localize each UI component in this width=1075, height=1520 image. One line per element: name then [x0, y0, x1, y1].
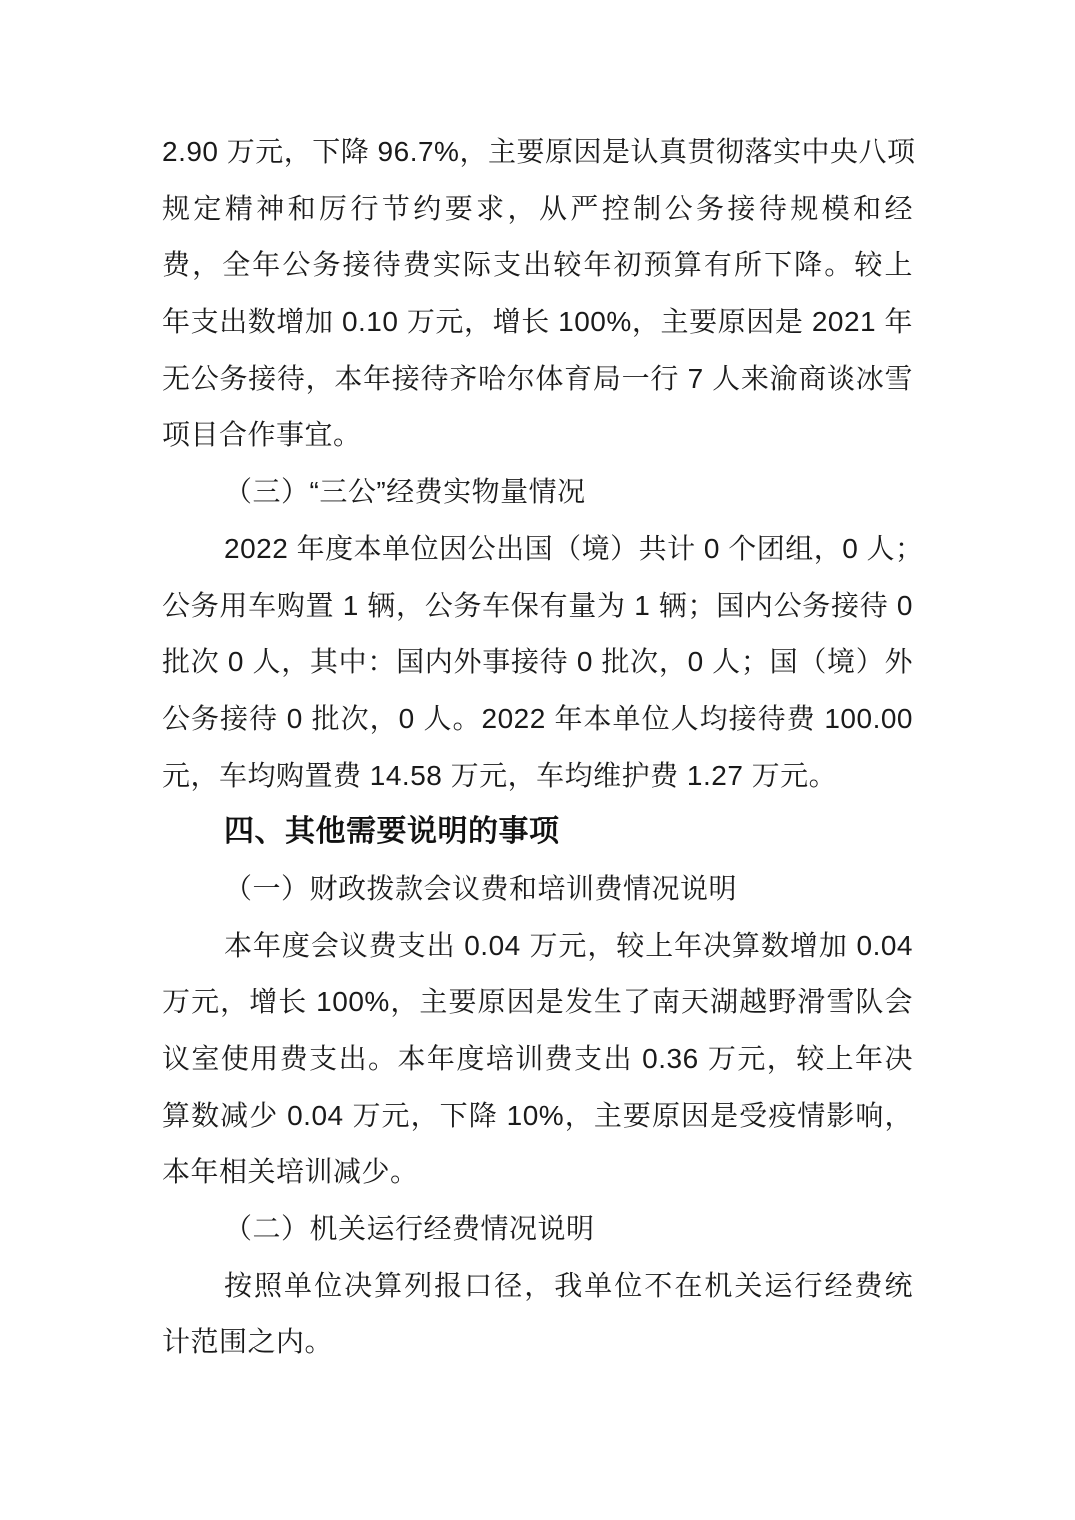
subheading-agency-operating-expense-note: （二）机关运行经费情况说明 — [162, 1201, 913, 1258]
text-line: 万元，增长 100%，主要原因是发生了南天湖越野滑雪队会 — [162, 974, 913, 1031]
text-line: 本年度会议费支出 0.04 万元，较上年决算数增加 0.04 — [162, 918, 913, 975]
text-line: 本年相关培训减少。 — [162, 1144, 913, 1201]
text-line: 公务用车购置 1 辆，公务车保有量为 1 辆；国内公务接待 0 — [162, 578, 913, 635]
text-line: 无公务接待，本年接待齐哈尔体育局一行 7 人来渝商谈冰雪 — [162, 351, 913, 408]
text-line: 算数减少 0.04 万元，下降 10%，主要原因是受疫情影响， — [162, 1088, 913, 1145]
text-line: 批次 0 人，其中：国内外事接待 0 批次，0 人；国（境）外 — [162, 634, 913, 691]
text-line: 公务接待 0 批次，0 人。2022 年本单位人均接待费 100.00 — [162, 691, 913, 748]
text-line: 元，车均购置费 14.58 万元，车均维护费 1.27 万元。 — [162, 748, 913, 805]
paragraph-agency-operating-expense-details: 按照单位决算列报口径，我单位不在机关运行经费统 计范围之内。 — [162, 1258, 913, 1371]
text-line: 议室使用费支出。本年度培训费支出 0.36 万元，较上年决 — [162, 1031, 913, 1088]
subheading-line: （一）财政拨款会议费和培训费情况说明 — [162, 861, 913, 918]
paragraph-accommodation-expense-continued: 2.90 万元，下降 96.7%，主要原因是认真贯彻落实中央八项 规定精神和厉行… — [162, 124, 913, 464]
section-heading-line: 四、其他需要说明的事项 — [162, 804, 913, 861]
document-body: 2.90 万元，下降 96.7%，主要原因是认真贯彻落实中央八项 规定精神和厉行… — [162, 124, 913, 1371]
subheading-three-public-expenses-physical-volume: （三）“三公”经费实物量情况 — [162, 464, 913, 521]
section-heading-other-matters: 四、其他需要说明的事项 — [162, 804, 913, 861]
text-line: 计范围之内。 — [162, 1314, 913, 1371]
text-line: 按照单位决算列报口径，我单位不在机关运行经费统 — [162, 1258, 913, 1315]
text-line: 2.90 万元，下降 96.7%，主要原因是认真贯彻落实中央八项 — [162, 124, 913, 181]
text-line: 规定精神和厉行节约要求，从严控制公务接待规模和经 — [162, 181, 913, 238]
text-line: 年支出数增加 0.10 万元，增长 100%，主要原因是 2021 年 — [162, 294, 913, 351]
text-line: 项目合作事宜。 — [162, 407, 913, 464]
subheading-line: （三）“三公”经费实物量情况 — [162, 464, 913, 521]
paragraph-meeting-training-fee-details: 本年度会议费支出 0.04 万元，较上年决算数增加 0.04 万元，增长 100… — [162, 918, 913, 1201]
text-line: 费，全年公务接待费实际支出较年初预算有所下降。较上 — [162, 237, 913, 294]
document-page: 2.90 万元，下降 96.7%，主要原因是认真贯彻落实中央八项 规定精神和厉行… — [0, 0, 1075, 1520]
subheading-meeting-training-fee-note: （一）财政拨款会议费和培训费情况说明 — [162, 861, 913, 918]
subheading-line: （二）机关运行经费情况说明 — [162, 1201, 913, 1258]
paragraph-physical-volume-details: 2022 年度本单位因公出国（境）共计 0 个团组，0 人； 公务用车购置 1 … — [162, 521, 913, 804]
text-line: 2022 年度本单位因公出国（境）共计 0 个团组，0 人； — [162, 521, 913, 578]
